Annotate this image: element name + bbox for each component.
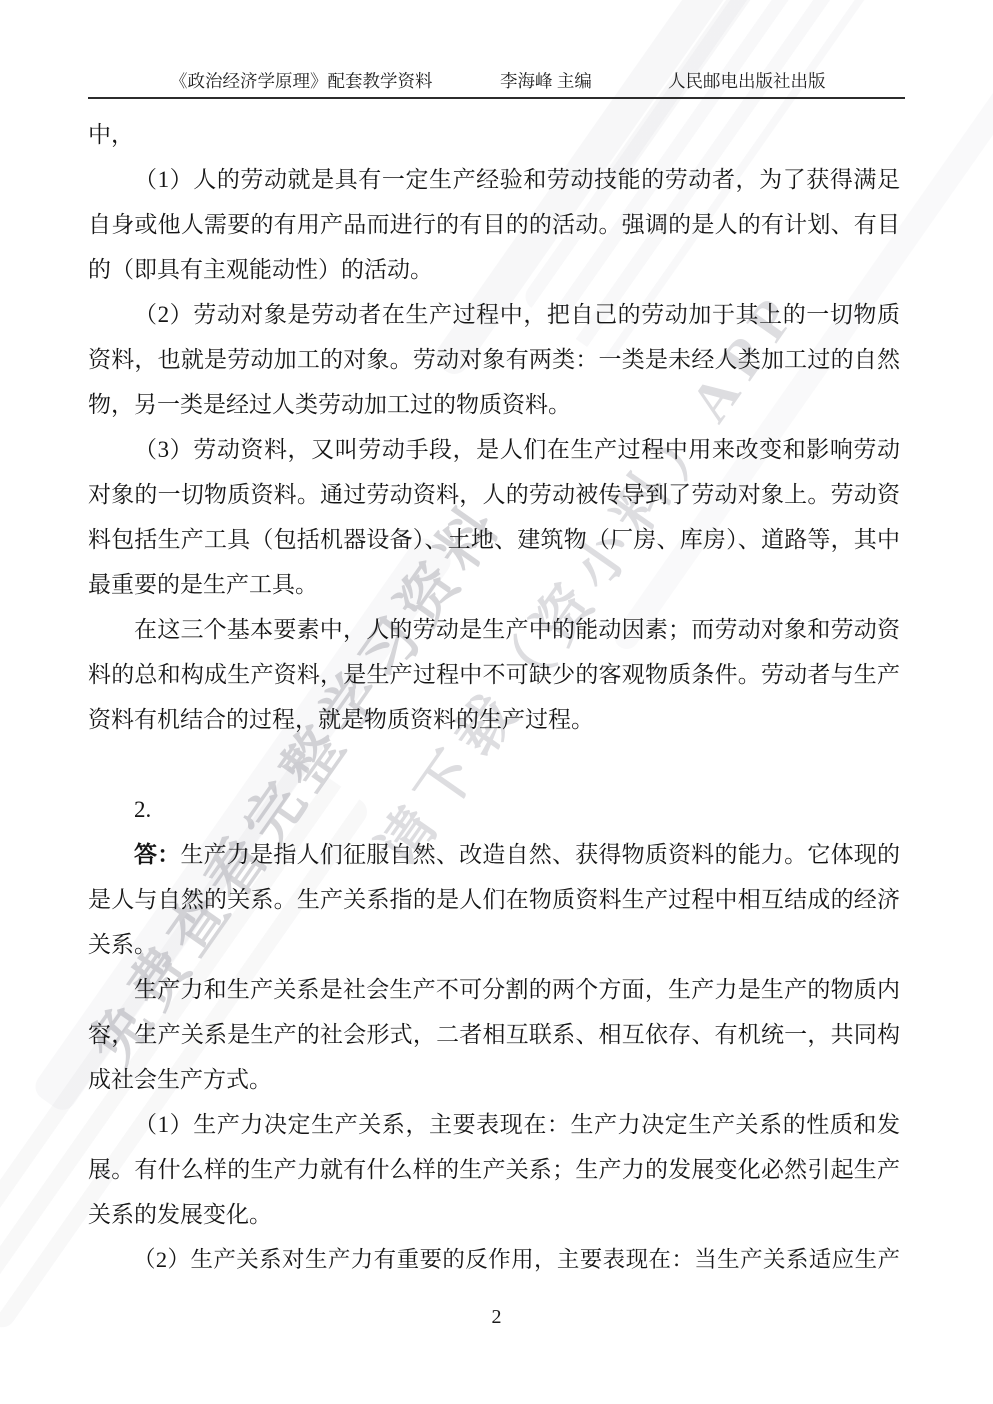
answer-text: 生产力是指人们征服自然、改造自然、获得物质资料的能力。它体现的是人与自然的关系。… [88,842,900,957]
paragraph-relation: 生产力和生产关系是社会生产不可分割的两个方面，生产力是生产的物质内容，生产关系是… [88,967,900,1102]
header-publisher: 人民邮电出版社出版 [668,68,826,93]
paragraph-point-2: （2）生产关系对生产力有重要的反作用，主要表现在：当生产关系适应生产 [88,1237,900,1282]
header-editor: 李海峰 主编 [500,68,592,93]
header-book-title: 《政治经济学原理》配套教学资料 [170,68,433,93]
document-page: 免费查看完整学习资料 请下载（资小料）APP 《政治经济学原理》配套教学资料 李… [0,0,993,1404]
answer-label: 答： [134,842,180,867]
paragraph-summary: 在这三个基本要素中，人的劳动是生产中的能动因素；而劳动对象和劳动资料的总和构成生… [88,607,900,742]
body-text: 中， （1）人的劳动就是具有一定生产经验和劳动技能的劳动者，为了获得满足自身或他… [88,112,900,1282]
paragraph-item-1: （1）人的劳动就是具有一定生产经验和劳动技能的劳动者，为了获得满足自身或他人需要… [88,157,900,292]
question-number: 2. [88,787,900,832]
paragraph-answer: 答：生产力是指人们征服自然、改造自然、获得物质资料的能力。它体现的是人与自然的关… [88,832,900,967]
paragraph-item-2: （2）劳动对象是劳动者在生产过程中，把自己的劳动加于其上的一切物质资料，也就是劳… [88,292,900,427]
paragraph-item-3: （3）劳动资料，又叫劳动手段，是人们在生产过程中用来改变和影响劳动对象的一切物质… [88,427,900,607]
page-header: 《政治经济学原理》配套教学资料 李海峰 主编 人民邮电出版社出版 [88,68,905,98]
page-number: 2 [0,1306,993,1329]
header-rule [88,97,905,99]
paragraph-point-1: （1）生产力决定生产关系，主要表现在：生产力决定生产关系的性质和发展。有什么样的… [88,1102,900,1237]
paragraph-continuation: 中， [88,112,900,157]
